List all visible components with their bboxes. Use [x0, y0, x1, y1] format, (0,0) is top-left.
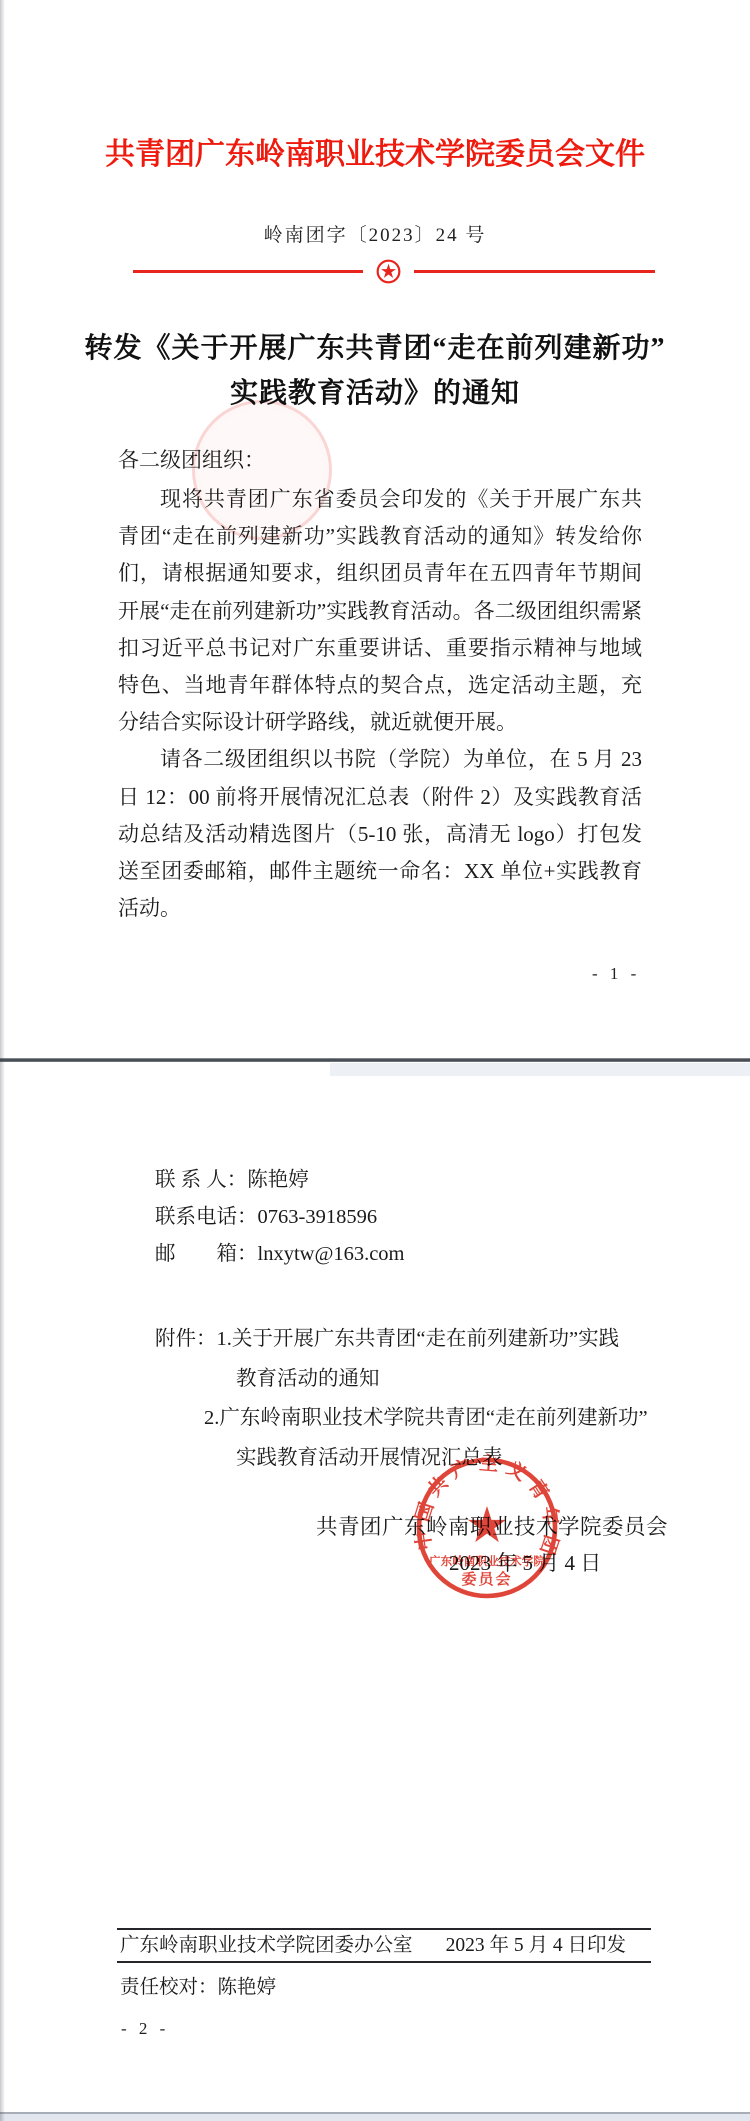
official-red-seal: 中国共产主义青年团 广东岭南职业技术学院 委员会	[412, 1453, 562, 1603]
contact-person-line: 联 系 人：陈艳婷	[155, 1162, 405, 1199]
contact-phone-label: 联系电话：	[155, 1206, 258, 1228]
page-number-2: - 2 -	[121, 2019, 169, 2039]
contact-phone-value: 0763-3918596	[258, 1206, 378, 1228]
red-rule-right	[414, 270, 655, 273]
contact-email-line: 邮 箱：lnxytw@163.com	[155, 1236, 405, 1273]
scan-bottom-edge	[0, 2112, 750, 2121]
scanned-official-document: 共青团广东岭南职业技术学院委员会文件 岭南团字〔2023〕24 号 转发《关于开…	[0, 0, 750, 2121]
red-letterhead-title: 共青团广东岭南职业技术学院委员会文件	[0, 136, 750, 174]
document-title-line2: 实践教育活动》的通知	[0, 371, 750, 416]
document-title-line1: 转发《关于开展广东共青团“走在前列建新功”	[0, 326, 750, 371]
contact-email-value: lnxytw@163.com	[258, 1243, 405, 1265]
league-star-emblem-icon	[376, 259, 401, 284]
attachments-label: 附件：	[155, 1328, 217, 1350]
attachment-2-title-part1: 2.广东岭南职业技术学院共青团“走在前列建新功”	[204, 1399, 648, 1439]
page-number-1: - 1 -	[592, 964, 640, 984]
body-paragraph-1: 现将共青团广东省委员会印发的《关于开展广东共青团“走在前列建新功”实践教育活动的…	[118, 481, 642, 741]
contact-person-label: 联 系 人：	[155, 1169, 247, 1191]
document-number: 岭南团字〔2023〕24 号	[0, 222, 750, 250]
attachment-line-1: 附件：1.关于开展广东共青团“走在前列建新功”实践	[155, 1320, 648, 1360]
proofreader-line: 责任校对：陈艳婷	[120, 1975, 276, 2001]
proofreader-value: 陈艳婷	[218, 1977, 277, 1998]
contact-phone-line: 联系电话：0763-3918596	[155, 1199, 405, 1236]
page-1: 共青团广东岭南职业技术学院委员会文件 岭南团字〔2023〕24 号 转发《关于开…	[0, 0, 750, 1058]
attachment-1-title-part2: 教育活动的通知	[236, 1360, 648, 1400]
seal-org-line2: 委员会	[461, 1570, 512, 1588]
red-rule-left	[133, 270, 363, 273]
attachment-1-title-part1: 1.关于开展广东共青团“走在前列建新功”实践	[217, 1328, 620, 1350]
body-paragraph-2: 请各二级团组织以书院（学院）为单位，在 5 月 23 日 12：00 前将开展情…	[118, 741, 642, 927]
contact-email-label: 邮 箱：	[155, 1243, 258, 1265]
seal-org-line1: 广东岭南职业技术学院	[429, 1554, 545, 1568]
contact-block: 联 系 人：陈艳婷 联系电话：0763-3918596 邮 箱：lnxytw@1…	[155, 1162, 405, 1273]
document-title: 转发《关于开展广东共青团“走在前列建新功” 实践教育活动》的通知	[0, 326, 750, 416]
body-text: 现将共青团广东省委员会印发的《关于开展广东共青团“走在前列建新功”实践教育活动的…	[118, 481, 642, 927]
imprint-print-date: 2023 年 5 月 4 日印发	[446, 1934, 626, 1958]
imprint-line: 广东岭南职业技术学院团委办公室 2023 年 5 月 4 日印发	[120, 1934, 640, 1958]
proofreader-label: 责任校对：	[120, 1977, 218, 1998]
contact-person-value: 陈艳婷	[247, 1169, 309, 1191]
page-2: 联 系 人：陈艳婷 联系电话：0763-3918596 邮 箱：lnxytw@1…	[0, 1062, 750, 2121]
salutation: 各二级团组织：	[118, 446, 265, 474]
footer-rule-top	[117, 1928, 651, 1930]
seal-star-icon	[468, 1506, 506, 1542]
red-divider-rule	[133, 261, 655, 282]
scan-artifact-band	[330, 1063, 750, 1076]
attachments-block: 附件：1.关于开展广东共青团“走在前列建新功”实践 教育活动的通知 2.广东岭南…	[155, 1320, 648, 1478]
footer-rule-bottom	[117, 1961, 651, 1963]
imprint-office: 广东岭南职业技术学院团委办公室	[120, 1934, 413, 1958]
